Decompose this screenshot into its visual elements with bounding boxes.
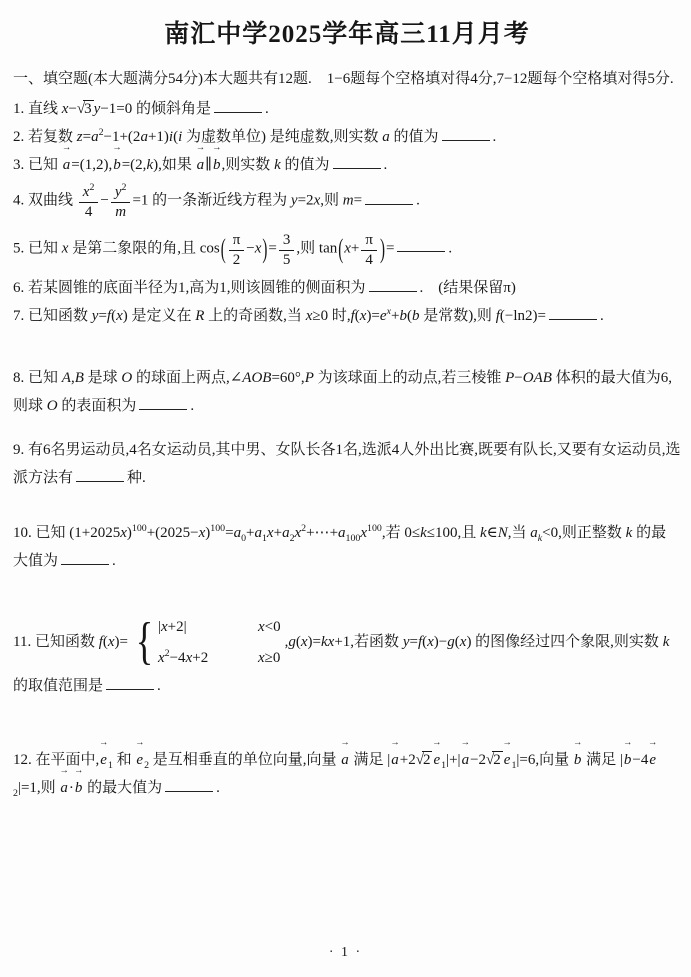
answer-blank bbox=[442, 125, 490, 141]
question-7: 7. 已知函数 y=f(x) 是定义在 R 上的奇函数,当 x≥0 时,f(x)… bbox=[13, 302, 681, 330]
vector-arrow: b bbox=[573, 746, 583, 774]
answer-blank bbox=[369, 276, 417, 292]
question-10: 10. 已知 (1+2025x)100+(2025−x)100=a0+a1x+a… bbox=[13, 519, 681, 575]
vector-arrow: e bbox=[503, 746, 512, 774]
exam-page: 南汇中学2025学年高三11月月考 一、填空题(本大题满分54分)本大题共有12… bbox=[0, 0, 691, 977]
page-number: · 1 · bbox=[0, 945, 691, 961]
answer-blank bbox=[333, 153, 381, 169]
answer-blank bbox=[76, 466, 124, 482]
question-1: 1. 直线 x−√3y−1=0 的倾斜角是. bbox=[13, 95, 681, 123]
question-3: 3. 已知 a=(1,2),b=(2,k),如果 a∥b,则实数 k 的值为. bbox=[13, 151, 681, 179]
question-11: 11. 已知函数 f(x)={|x+2|x<0x2−4x+2x≥0,g(x)=k… bbox=[13, 613, 681, 700]
question-9: 9. 有6名男运动员,4名女运动员,其中男、女队长各1名,选派4人外出比赛,既要… bbox=[13, 436, 681, 492]
vector-arrow: e bbox=[99, 746, 108, 774]
vector-arrow: a bbox=[59, 774, 69, 802]
answer-blank bbox=[549, 304, 597, 320]
vector-arrow: a bbox=[196, 151, 206, 179]
page-title: 南汇中学2025学年高三11月月考 bbox=[13, 14, 681, 50]
exam-content: 南汇中学2025学年高三11月月考 一、填空题(本大题满分54分)本大题共有12… bbox=[0, 14, 691, 802]
vector-arrow: b bbox=[74, 774, 84, 802]
answer-blank bbox=[165, 776, 213, 792]
answer-blank bbox=[397, 236, 445, 252]
section-intro: 一、填空题(本大题满分54分)本大题共有12题. 1−6题每个空格填对得4分,7… bbox=[13, 65, 681, 93]
vector-arrow: a bbox=[390, 746, 400, 774]
question-list: 1. 直线 x−√3y−1=0 的倾斜角是.2. 若复数 z=a2−1+(2a+… bbox=[13, 95, 681, 802]
answer-blank bbox=[106, 674, 154, 690]
question-6: 6. 若某圆锥的底面半径为1,高为1,则该圆锥的侧面积为. (结果保留π) bbox=[13, 274, 681, 302]
vector-arrow: b bbox=[623, 746, 633, 774]
answer-blank bbox=[61, 549, 109, 565]
answer-blank bbox=[365, 189, 413, 205]
question-8: 8. 已知 A,B 是球 O 的球面上两点,∠AOB=60°,P 为该球面上的动… bbox=[13, 364, 681, 420]
question-4: 4. 双曲线 x24−y2m=1 的一条渐近线方程为 y=2x,则 m=. bbox=[13, 179, 681, 227]
vector-arrow: e bbox=[135, 746, 144, 774]
vector-arrow: a bbox=[340, 746, 350, 774]
vector-arrow: a bbox=[62, 151, 72, 179]
question-5: 5. 已知 x 是第二象限的角,且 cos(π2−x)=35,则 tan(x+π… bbox=[13, 227, 681, 275]
vector-arrow: b bbox=[112, 151, 122, 179]
vector-arrow: a bbox=[461, 746, 471, 774]
vector-arrow: b bbox=[212, 151, 222, 179]
vector-arrow: e bbox=[432, 746, 441, 774]
answer-blank bbox=[139, 394, 187, 410]
question-12: 12. 在平面中,e1 和 e2 是互相垂直的单位向量,向量 a 满足 |a+2… bbox=[13, 746, 681, 802]
answer-blank bbox=[214, 97, 262, 113]
vector-arrow: e bbox=[648, 746, 657, 774]
